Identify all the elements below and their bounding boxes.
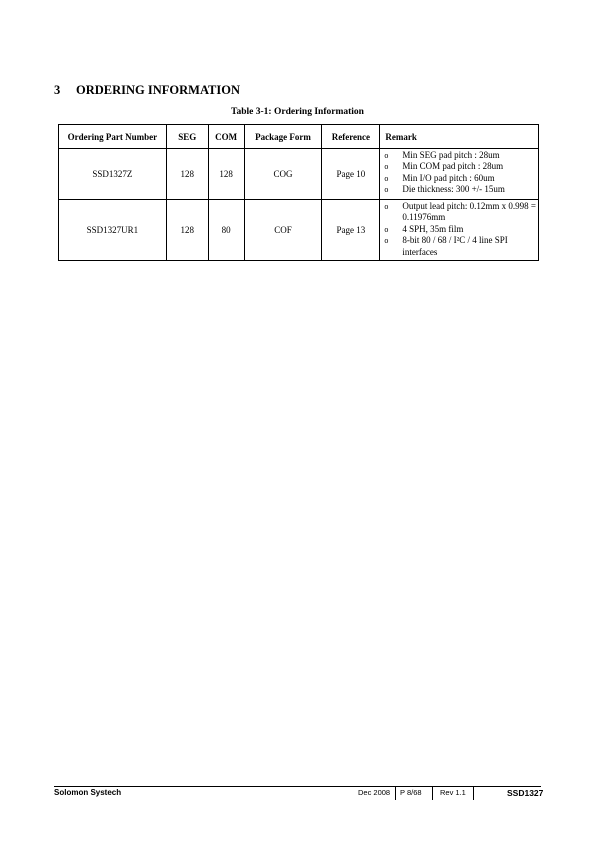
bullet-icon: o (384, 161, 388, 172)
remark-item: oMin I/O pad pitch : 60um (384, 173, 536, 184)
remark-item: oMin SEG pad pitch : 28um (384, 150, 536, 161)
header-remark: Remark (380, 125, 539, 149)
bullet-icon: o (384, 201, 388, 212)
footer-revision: Rev 1.1 (440, 788, 466, 797)
cell-seg: 128 (166, 200, 208, 261)
cell-part-number: SSD1327Z (59, 149, 167, 200)
cell-reference: Page 13 (322, 200, 380, 261)
footer-page: P 8/68 (400, 788, 422, 797)
remark-item: o4 SPH, 35m film (384, 224, 536, 235)
footer-date: Dec 2008 (358, 788, 390, 797)
table-row: SSD1327Z 128 128 COG Page 10 oMin SEG pa… (59, 149, 539, 200)
table-header-row: Ordering Part Number SEG COM Package For… (59, 125, 539, 149)
header-seg: SEG (166, 125, 208, 149)
header-package-form: Package Form (244, 125, 322, 149)
remark-list: oOutput lead pitch: 0.12mm x 0.998 = 0.1… (384, 201, 536, 258)
remark-list: oMin SEG pad pitch : 28um oMin COM pad p… (384, 150, 536, 196)
table-row: SSD1327UR1 128 80 COF Page 13 oOutput le… (59, 200, 539, 261)
bullet-icon: o (384, 173, 388, 184)
cell-package: COG (244, 149, 322, 200)
cell-package: COF (244, 200, 322, 261)
header-part-number: Ordering Part Number (59, 125, 167, 149)
remark-item: oMin COM pad pitch : 28um (384, 161, 536, 172)
footer-divider (395, 786, 396, 800)
footer-divider (432, 786, 433, 800)
remark-item: o8-bit 80 / 68 / I²C / 4 line SPI interf… (384, 235, 536, 258)
remark-item: oDie thickness: 300 +/- 15um (384, 184, 536, 195)
footer-part-number: SSD1327 (507, 788, 543, 798)
cell-com: 80 (208, 200, 244, 261)
cell-remark: oOutput lead pitch: 0.12mm x 0.998 = 0.1… (380, 200, 539, 261)
header-com: COM (208, 125, 244, 149)
cell-com: 128 (208, 149, 244, 200)
section-heading: 3ORDERING INFORMATION (54, 83, 240, 98)
ordering-table: Ordering Part Number SEG COM Package For… (58, 124, 539, 261)
header-reference: Reference (322, 125, 380, 149)
remark-item: oOutput lead pitch: 0.12mm x 0.998 = 0.1… (384, 201, 536, 224)
bullet-icon: o (384, 150, 388, 161)
cell-remark: oMin SEG pad pitch : 28um oMin COM pad p… (380, 149, 539, 200)
bullet-icon: o (384, 235, 388, 246)
cell-part-number: SSD1327UR1 (59, 200, 167, 261)
bullet-icon: o (384, 184, 388, 195)
footer-divider (473, 786, 474, 800)
table-caption: Table 3-1: Ordering Information (0, 107, 595, 117)
bullet-icon: o (384, 224, 388, 235)
section-number: 3 (54, 83, 76, 98)
footer-rule (54, 786, 541, 787)
cell-seg: 128 (166, 149, 208, 200)
cell-reference: Page 10 (322, 149, 380, 200)
footer-company: Solomon Systech (54, 788, 121, 797)
section-title: ORDERING INFORMATION (76, 83, 240, 97)
